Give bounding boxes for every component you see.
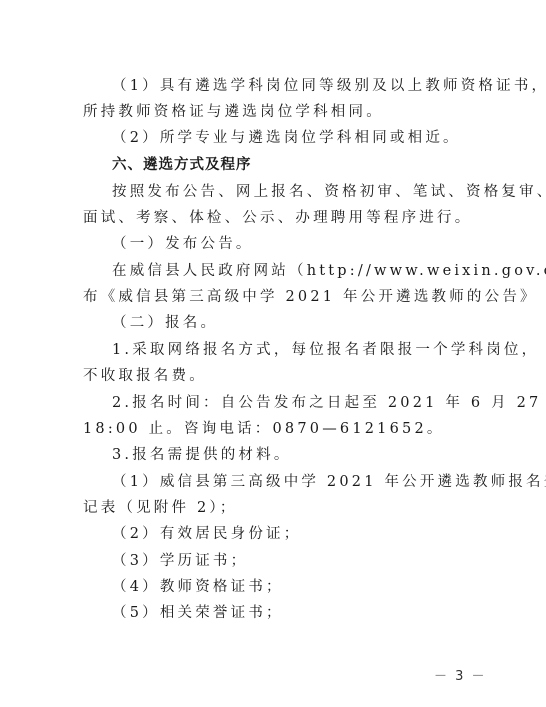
procedure-line-2: 面试、考察、体检、公示、办理聘用等程序进行。 <box>83 208 483 228</box>
material-1-line-1: （1）威信县第三高级中学 2021 年公开遴选教师报名登 <box>112 472 512 492</box>
material-1-line-2: 记表（见附件 2）； <box>83 498 483 518</box>
material-3: （3）学历证书； <box>112 551 512 571</box>
material-2: （2）有效居民身份证； <box>112 524 512 544</box>
notice-line-2: 布《威信县第三高级中学 2021 年公开遴选教师的公告》 <box>83 287 483 307</box>
page-number: － 3 － <box>434 665 487 684</box>
requirement-1-line-1: （1）具有遴选学科岗位同等级别及以上教师资格证书， <box>112 76 512 96</box>
registration-item-2-line-2: 18:00 止。咨询电话：0870—6121652。 <box>83 419 483 439</box>
registration-item-3: 3.报名需提供的材料。 <box>112 445 512 465</box>
section-heading-selection-method: 六、遴选方式及程序 <box>112 155 512 175</box>
material-5: （5）相关荣誉证书； <box>112 603 512 623</box>
registration-item-1-line-2: 不收取报名费。 <box>83 366 483 386</box>
registration-item-1-line-1: 1.采取网络报名方式，每位报名者限报一个学科岗位， <box>112 340 512 360</box>
subsection-registration: （二）报名。 <box>112 313 512 333</box>
registration-item-2-line-1: 2.报名时间：自公告发布之日起至 2021 年 6 月 27 日 <box>112 393 512 413</box>
material-4: （4）教师资格证书； <box>112 577 512 597</box>
subsection-publish-notice: （一）发布公告。 <box>112 234 512 254</box>
document-page: （1）具有遴选学科岗位同等级别及以上教师资格证书， 所持教师资格证与遴选岗位学科… <box>0 0 546 707</box>
requirement-2: （2）所学专业与遴选岗位学科相同或相近。 <box>112 128 512 148</box>
requirement-1-line-2: 所持教师资格证与遴选岗位学科相同。 <box>83 102 483 122</box>
procedure-line-1: 按照发布公告、网上报名、资格初审、笔试、资格复审、 <box>112 182 512 202</box>
notice-line-1: 在威信县人民政府网站（http://www.weixin.gov.cn/）发 <box>112 261 512 281</box>
